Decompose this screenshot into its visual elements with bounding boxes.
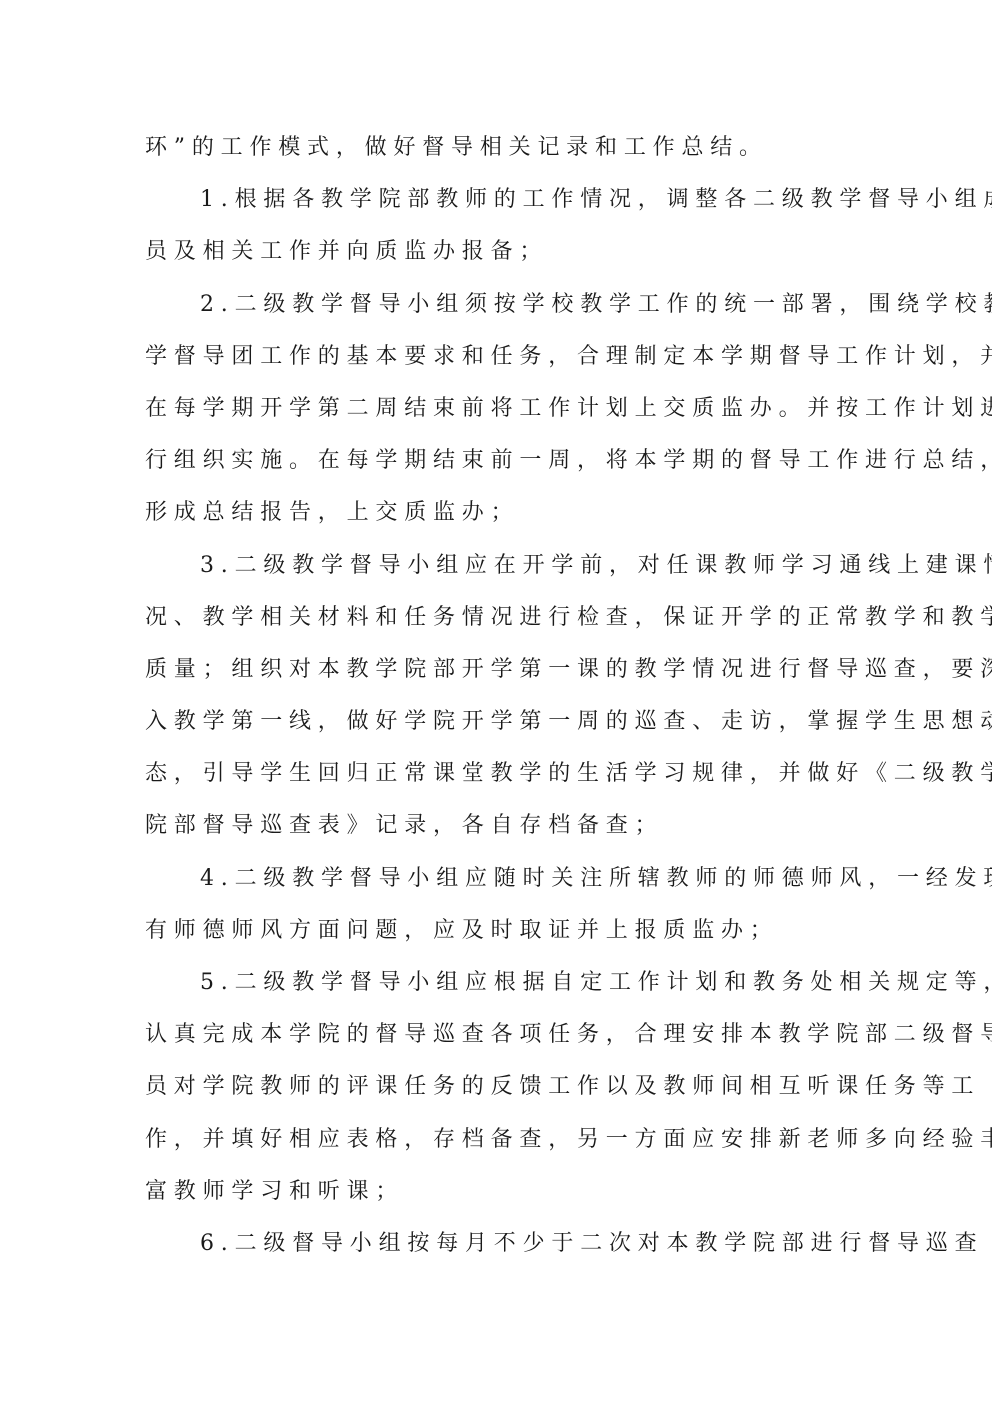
text-line: 员对学院教师的评课任务的反馈工作以及教师间相互听课任务等工 xyxy=(145,1068,845,1120)
text-line: 作，并填好相应表格，存档备查，另一方面应安排新老师多向经验丰 xyxy=(145,1121,845,1173)
text-line-item-3: 3.二级教学督导小组应在开学前，对任课教师学习通线上建课情 xyxy=(145,547,845,599)
text-line: 学督导团工作的基本要求和任务，合理制定本学期督导工作计划，并 xyxy=(145,338,845,390)
text-line: 况、教学相关材料和任务情况进行检查，保证开学的正常教学和教学 xyxy=(145,599,845,651)
text-line: 质量；组织对本教学院部开学第一课的教学情况进行督导巡查，要深 xyxy=(145,651,845,703)
text-line: 在每学期开学第二周结束前将工作计划上交质监办。并按工作计划进 xyxy=(145,390,845,442)
text-line: 有师德师风方面问题，应及时取证并上报质监办； xyxy=(145,912,845,964)
text-line-continuation: 环”的工作模式，做好督导相关记录和工作总结。 xyxy=(145,129,845,181)
text-line: 院部督导巡查表》记录，各自存档备查； xyxy=(145,807,845,859)
text-line: 认真完成本学院的督导巡查各项任务，合理安排本教学院部二级督导 xyxy=(145,1016,845,1068)
text-line-item-2: 2.二级教学督导小组须按学校教学工作的统一部署，围绕学校教 xyxy=(145,286,845,338)
text-line-item-1: 1.根据各教学院部教师的工作情况，调整各二级教学督导小组成 xyxy=(145,181,845,233)
text-line: 入教学第一线，做好学院开学第一周的巡查、走访，掌握学生思想动 xyxy=(145,703,845,755)
text-line-item-5: 5.二级教学督导小组应根据自定工作计划和教务处相关规定等， xyxy=(145,964,845,1016)
text-line-item-6: 6.二级督导小组按每月不少于二次对本教学院部进行督导巡查 xyxy=(145,1225,845,1277)
text-line: 富教师学习和听课； xyxy=(145,1173,845,1225)
text-line: 行组织实施。在每学期结束前一周，将本学期的督导工作进行总结， xyxy=(145,442,845,494)
text-line: 形成总结报告，上交质监办； xyxy=(145,494,845,546)
document-page: 环”的工作模式，做好督导相关记录和工作总结。 1.根据各教学院部教师的工作情况，… xyxy=(145,129,845,1277)
text-line-item-4: 4.二级教学督导小组应随时关注所辖教师的师德师风，一经发现 xyxy=(145,860,845,912)
text-line: 态，引导学生回归正常课堂教学的生活学习规律，并做好《二级教学 xyxy=(145,755,845,807)
text-line: 员及相关工作并向质监办报备； xyxy=(145,233,845,285)
